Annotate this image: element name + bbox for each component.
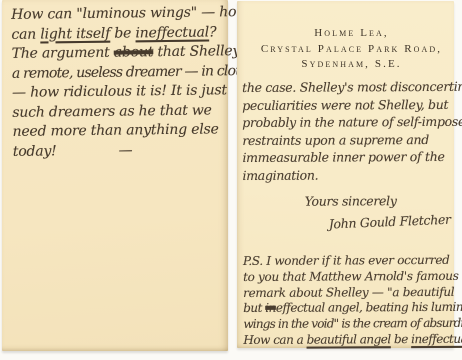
line-text: can xyxy=(11,26,40,42)
letterhead-street: Crystal Palace Park Road, xyxy=(249,42,454,58)
line-text: be xyxy=(110,25,136,41)
crossed-out-text: about xyxy=(114,44,154,60)
handwritten-line: but ineffectual angel, beating his lumin… xyxy=(243,300,455,317)
handwritten-line: How can a beautiful angel be ineffectual… xyxy=(243,331,455,348)
handwritten-line: today!— xyxy=(13,140,230,162)
handwritten-line: to you that Matthew Arnold's famous xyxy=(243,268,455,285)
letterhead-district: Sydenham, S.E. xyxy=(249,57,454,73)
underlined-text: ineffectual xyxy=(135,24,209,41)
handwritten-line: wings in the void" is the cream of absur… xyxy=(243,316,455,333)
signature: John Gould Fletcher xyxy=(328,209,455,232)
line-text: The argument xyxy=(12,45,114,62)
underlined-text: beautiful angel xyxy=(307,332,391,346)
handwritten-line: the case. Shelley's most disconcerting xyxy=(242,77,454,96)
underlined-text: light itself xyxy=(40,25,110,42)
line-text: such dreamers as he that we xyxy=(12,102,212,120)
handwritten-line: How can "luminous wings" — how xyxy=(11,3,228,25)
handwritten-line: probably in the nature of self-imposed xyxy=(242,112,454,131)
handwritten-line: restraints upon a supreme and xyxy=(242,130,454,149)
line-text: remark about Shelley — "a beautiful xyxy=(243,284,454,299)
handwritten-line: remark about Shelley — "a beautiful xyxy=(243,284,455,301)
underlined-text: ineffectual xyxy=(411,331,462,345)
handwritten-line: can light itself be ineffectual? xyxy=(11,23,228,45)
handwritten-line: such dreamers as he that we xyxy=(12,101,229,123)
line-text: ? xyxy=(209,24,217,40)
letter-page-right: Holme Lea, Crystal Palace Park Road, Syd… xyxy=(237,1,454,348)
handwritten-line: need more than anything else xyxy=(13,120,230,142)
handwritten-line: — how ridiculous it is! It is just xyxy=(12,81,229,103)
left-page-handwriting: How can "luminous wings" — how can light… xyxy=(2,0,230,162)
trailing-dash: — xyxy=(118,142,132,158)
line-text: P.S. I wonder if it has ever occurred xyxy=(243,252,450,267)
line-text: but xyxy=(243,301,265,315)
line-text: today! xyxy=(13,143,57,160)
handwritten-line: The argument about that Shelley was xyxy=(12,42,229,64)
right-page-handwriting: the case. Shelley's most disconcerting p… xyxy=(237,71,455,348)
line-text: How can a xyxy=(243,332,306,346)
line-text: How can "luminous wings" — how xyxy=(11,4,248,23)
letter-page-left: How can "luminous wings" — how can light… xyxy=(2,0,228,351)
closing-line: Yours sincerely xyxy=(305,191,455,209)
crossed-out-text: in xyxy=(265,301,276,315)
handwritten-line: P.S. I wonder if it has ever occurred xyxy=(243,252,455,269)
line-text: be xyxy=(391,332,411,346)
letter-photograph: How can "luminous wings" — how can light… xyxy=(0,0,462,360)
handwritten-line: a remote, useless dreamer — in cloudland xyxy=(12,62,229,84)
line-text: — how ridiculous it is! It is just xyxy=(12,82,227,101)
letterhead-house-name: Holme Lea, xyxy=(249,26,454,42)
line-text: wings in the void" is the cream of absur… xyxy=(243,315,462,330)
line-text: need more than anything else xyxy=(13,121,219,140)
handwritten-line: peculiarities were not Shelley, but xyxy=(242,95,454,114)
line-text: to you that Matthew Arnold's famous xyxy=(243,268,459,283)
line-text: effectual angel, beating his luminous xyxy=(276,300,462,315)
handwritten-line: immeasurable inner power of the xyxy=(242,147,454,166)
printed-letterhead: Holme Lea, Crystal Palace Park Road, Syd… xyxy=(237,1,454,73)
postscript: P.S. I wonder if it has ever occurred to… xyxy=(243,252,455,348)
handwritten-line: imagination. xyxy=(242,165,454,184)
